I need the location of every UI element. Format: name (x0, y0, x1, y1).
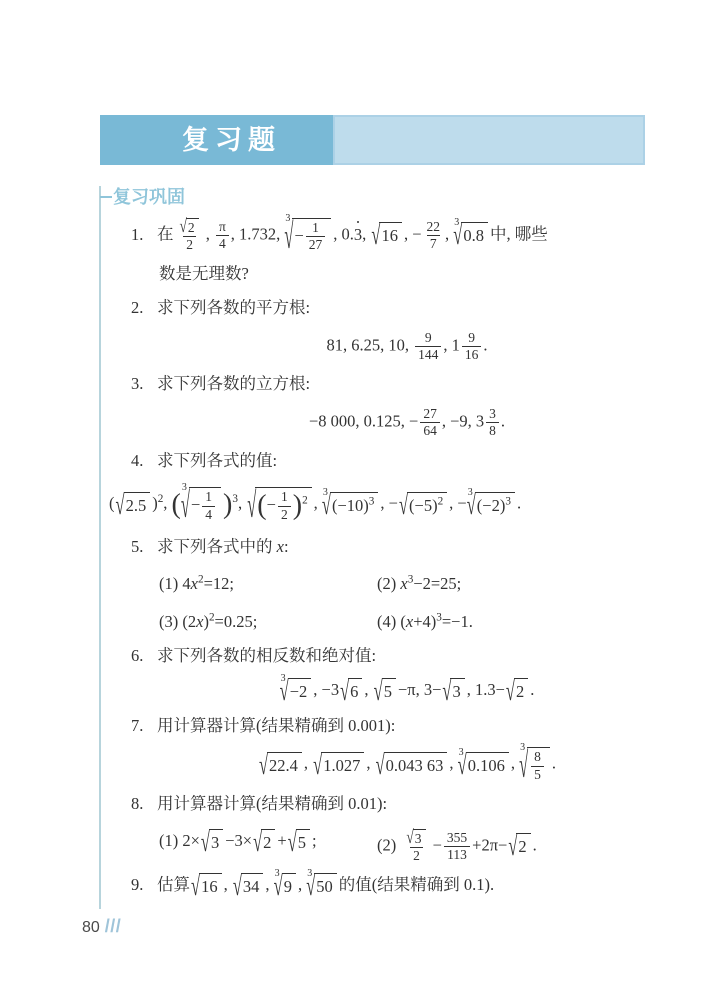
problem-number: 4. (131, 449, 157, 474)
math-num: 1 (278, 489, 291, 505)
problem-number: 5. (131, 535, 157, 560)
math-g: 50 (316, 877, 333, 896)
math-sqrt: √0.043 63 (376, 752, 448, 779)
math-den: 144 (415, 346, 441, 363)
math-g: 1 (312, 220, 319, 235)
problem-number: 2. (131, 296, 157, 321)
math-vin: 85 (527, 747, 550, 782)
math-num: π (216, 219, 229, 235)
problem-subitems: (1) 2×√3−3×√2+√5;(2) √32−355113+2π−√2. (159, 829, 647, 864)
problem-line: √22.4, √1.027, √0.043 63, 3√0.106, 3√85. (131, 747, 647, 782)
math-g: 3 (211, 833, 219, 852)
problem: 2.求下列各数的平方根:81, 6.25, 10, 9144, 1916. (131, 296, 647, 363)
math-g: 4 (219, 236, 226, 251)
section-title: 复习巩固 (113, 186, 185, 208)
math-g: 85 (529, 755, 546, 774)
problem-line: (√2.5)2, (3√−14)3, √(−12)2, 3√(−10)3, −√… (109, 487, 647, 522)
problem-line: 6.求下列各数的相反数和绝对值: (131, 644, 647, 669)
math-rad: √ (116, 492, 125, 519)
sub-item: (4) (x+4)3=−1. (377, 610, 647, 635)
math-g: 5 (534, 767, 541, 782)
math-g: 2 (518, 837, 526, 856)
math-it: x (277, 537, 284, 556)
math-idx: 3 (454, 218, 459, 228)
math-den: 27 (306, 236, 326, 253)
math-g: (−2)3 (477, 496, 511, 515)
math-num: 1 (202, 489, 215, 505)
math-rad-g: √ (116, 492, 125, 518)
math-idx: 3 (285, 214, 290, 224)
math-rad-g: √ (253, 829, 262, 855)
math-g: 1 (205, 489, 212, 504)
math-vin: 2 (514, 678, 528, 705)
math-rad-g: √ (288, 829, 297, 855)
math-sqrt: 3√(−10)3 (323, 492, 378, 519)
math-g: 0.106 (468, 756, 505, 775)
problem-line: 9.估算√16, √34, 3√9, 3√50的值(结果精确到 0.1). (131, 873, 647, 900)
math-idx: 3 (459, 748, 464, 758)
math-g: x (406, 612, 413, 631)
problem-line: 7.用计算器计算(结果精确到 0.001): (131, 714, 647, 739)
math-sqrt: 3√50 (307, 873, 337, 900)
math-rad-g: √ (259, 752, 268, 778)
math-g: √3 (405, 829, 427, 844)
math-rad-g: √ (181, 489, 190, 523)
math-rad-g: √ (340, 678, 349, 704)
math-vin: 2 (516, 833, 530, 860)
math-den: 16 (462, 346, 482, 363)
math-frac: 12 (278, 489, 291, 522)
math-frac: 2764 (420, 406, 440, 439)
math-g: 3 (452, 682, 460, 701)
problem-line: 1.在√22, π4, 1.732, 3√−127, 0.3, √16, −22… (131, 218, 647, 253)
math-g: 0.8 (463, 226, 484, 245)
math-frac: √32 (402, 829, 430, 864)
math-rad-g: √ (371, 223, 380, 249)
math-rad: √ (406, 829, 413, 847)
math-rad: √ (288, 829, 297, 856)
math-idx: 3 (307, 869, 312, 879)
math-g: 2 (186, 237, 193, 252)
math-g: 3 (489, 406, 496, 421)
math-rad: √ (371, 222, 380, 249)
math-vin: 6 (348, 678, 362, 705)
math-g: 2 (188, 220, 195, 235)
problem-list: 1.在√22, π4, 1.732, 3√−127, 0.3, √16, −22… (106, 218, 647, 900)
review-section: 复习巩固 1.在√22, π4, 1.732, 3√−127, 0.3, √16… (99, 186, 647, 909)
math-rad-g: √ (313, 752, 322, 778)
math-num: 8 (531, 749, 544, 765)
math-vin: 50 (314, 873, 337, 900)
math-frac: 85 (531, 749, 544, 782)
math-rad-g: √ (376, 752, 385, 778)
math-vin: 16 (199, 873, 222, 900)
math-sup: 3 (436, 612, 442, 624)
math-vin: 9 (282, 873, 296, 900)
math-g: 1.027 (323, 756, 360, 775)
math-vin: −127 (292, 218, 331, 253)
textbook-page: 复习题 复习巩固 1.在√22, π4, 1.732, 3√−127, 0.3,… (0, 0, 702, 988)
problem-line: 3√−2, −3√6, √5−π, 3−√3, 1.3−√2. (131, 678, 647, 705)
math-rad: √ (191, 873, 200, 900)
banner-light-segment (333, 115, 645, 165)
math-sup: 3 (369, 495, 375, 507)
math-den: 2 (278, 506, 291, 523)
math-g: (−12)2 (257, 495, 307, 514)
math-den: 113 (444, 846, 470, 863)
math-idx: 3 (323, 488, 328, 498)
section-dash-icon (100, 196, 112, 198)
math-vin: 0.043 63 (384, 752, 448, 779)
problem-line: −8 000, 0.125, −2764, −9, 338. (131, 406, 647, 439)
math-num: √3 (402, 829, 430, 847)
section-header: 复习巩固 (106, 186, 647, 208)
problem-line: 8.用计算器计算(结果精确到 0.01): (131, 792, 647, 817)
math-g: 9 (425, 330, 432, 345)
math-g: 27 (423, 406, 437, 421)
math-sqrt: √5 (288, 829, 310, 856)
math-sqrt: √2.5 (116, 492, 151, 519)
math-sqrt: √3 (406, 829, 425, 847)
math-sup: 3 (232, 493, 238, 505)
math-rad: √ (399, 492, 408, 519)
math-g: 5 (384, 682, 392, 701)
problem-line: 4.求下列各式的值: (131, 449, 647, 474)
math-frac: √22 (176, 218, 204, 253)
math-sqrt: √2 (508, 833, 530, 860)
math-idx: 3 (182, 483, 187, 493)
math-sqrt: √(−5)2 (399, 492, 447, 519)
math-g: 16 (465, 347, 479, 362)
math-g: 3 (369, 495, 375, 507)
math-vin: 5 (296, 829, 310, 856)
math-g: 5 (298, 833, 306, 852)
math-sqrt: √22.4 (259, 752, 302, 779)
math-num: 27 (420, 406, 440, 422)
math-rad: √ (374, 678, 383, 705)
problem-number: 3. (131, 372, 157, 397)
math-rad: √ (201, 829, 210, 856)
math-frac: 916 (462, 330, 482, 363)
math-g: 2 (302, 494, 308, 506)
math-g: 2.5 (126, 496, 147, 515)
math-num: 9 (465, 330, 478, 346)
math-num: 9 (422, 330, 435, 346)
math-vin: 3 (413, 829, 426, 847)
math-g: 1 (281, 489, 288, 504)
math-vin: (−5)2 (407, 492, 447, 519)
math-vin: 3 (450, 678, 464, 705)
math-g: 113 (447, 847, 467, 862)
math-rad-g: √ (406, 829, 413, 847)
math-frac: 227 (424, 219, 444, 252)
math-g: −127 (294, 226, 327, 245)
problem: 7.用计算器计算(结果精确到 0.001):√22.4, √1.027, √0.… (131, 714, 647, 783)
problem-number: 9. (131, 873, 157, 898)
math-frac: 127 (306, 220, 326, 253)
math-g: 9 (468, 330, 475, 345)
math-g: π (219, 219, 226, 234)
math-den: 7 (427, 235, 440, 252)
math-vin: 1.027 (321, 752, 364, 779)
math-g: 3 (505, 495, 511, 507)
math-g: 16 (201, 877, 218, 896)
math-g: 2 (198, 573, 204, 585)
math-g: 2 (438, 495, 444, 507)
math-g: 34 (243, 877, 260, 896)
math-rad: √ (233, 873, 242, 900)
math-den: 4 (216, 235, 229, 252)
page-slashes-icon: /// (105, 916, 122, 937)
sub-item: (2) x3−2=25; (377, 572, 647, 597)
math-den: 2 (410, 847, 423, 864)
math-sup: 2 (158, 493, 164, 505)
math-den: 4 (202, 506, 215, 523)
math-rad-g: √ (191, 873, 200, 899)
math-g: x (196, 612, 203, 631)
math-g: x (400, 574, 407, 593)
math-rad: √ (259, 752, 268, 779)
math-dot: 3 (354, 223, 362, 248)
math-sup: 2 (302, 494, 308, 506)
problem: 3.求下列各数的立方根:−8 000, 0.125, −2764, −9, 33… (131, 372, 647, 439)
math-vin: 16 (379, 222, 402, 249)
math-sqrt: 3√85 (520, 747, 550, 782)
math-g: 27 (309, 237, 323, 252)
math-num: √2 (176, 218, 204, 236)
math-g: 3 (415, 831, 422, 846)
math-vin: (−10)3 (330, 492, 378, 519)
math-sqrt: 3√(−2)3 (468, 492, 515, 519)
math-idx: 3 (281, 674, 286, 684)
math-g: 4 (205, 507, 212, 522)
banner-title: 复习题 (182, 127, 281, 154)
problem-number: 7. (131, 714, 157, 739)
math-num: 1 (309, 220, 322, 236)
math-g: 2 (281, 507, 288, 522)
math-g: 2 (413, 848, 420, 863)
math-vin: 2 (261, 829, 275, 856)
math-rad: √ (180, 218, 187, 236)
math-vin: 0.8 (461, 222, 488, 249)
math-rad-g: √ (233, 873, 242, 899)
sub-item: (2) √32−355113+2π−√2. (377, 829, 647, 864)
math-g: 3 (232, 493, 238, 505)
page-number: 80 (82, 919, 100, 937)
math-g: 64 (423, 423, 437, 438)
problem: 6.求下列各数的相反数和绝对值:3√−2, −3√6, √5−π, 3−√3, … (131, 644, 647, 705)
math-g: 8 (489, 423, 496, 438)
math-rad-g: √ (506, 678, 515, 704)
math-vin: 34 (241, 873, 264, 900)
math-vin: (−2)3 (475, 492, 515, 519)
math-sqrt: √3 (442, 678, 464, 705)
math-vin: 2.5 (124, 492, 151, 519)
math-vin: 5 (382, 678, 396, 705)
math-sqrt: √2 (253, 829, 275, 856)
math-rad-g: √ (508, 833, 517, 859)
math-frac: 355113 (444, 830, 470, 863)
math-rad-g: √ (442, 678, 451, 704)
math-sqrt: √2 (180, 218, 199, 236)
math-vin: 0.106 (466, 752, 509, 779)
math-g: −2 (290, 682, 308, 701)
math-num: 3 (486, 406, 499, 422)
math-sup: 2 (438, 495, 444, 507)
math-frac: 38 (486, 406, 499, 439)
math-rad-g: √ (201, 829, 210, 855)
math-sqrt: √16 (371, 222, 402, 249)
problem: 5.求下列各式中的 x:(1) 4x2=12;(2) x3−2=25;(3) (… (131, 535, 647, 635)
banner-dark-segment: 复习题 (100, 115, 333, 165)
problem: 1.在√22, π4, 1.732, 3√−127, 0.3, √16, −22… (131, 218, 647, 287)
sub-item: (1) 4x2=12; (159, 572, 377, 597)
math-idx: 3 (468, 488, 473, 498)
math-rad: √ (442, 678, 451, 705)
math-sqrt: √2 (506, 678, 528, 705)
math-den: 8 (486, 422, 499, 439)
math-g: 355 (447, 830, 467, 845)
math-g: √2 (179, 218, 201, 233)
math-num: 355 (444, 830, 470, 846)
math-rad: √ (247, 487, 256, 522)
math-vin: 3 (209, 829, 223, 856)
math-g: 22.4 (269, 756, 298, 775)
math-rad-g: √ (284, 219, 293, 253)
math-frac: 14 (202, 489, 215, 522)
math-g: 16 (381, 226, 398, 245)
math-sqrt: 3√−127 (285, 218, 331, 253)
math-sqrt: √16 (191, 873, 222, 900)
math-sqrt: 3√9 (275, 873, 296, 900)
math-sqrt: √6 (340, 678, 362, 705)
problem-number: 8. (131, 792, 157, 817)
math-g: 3 (354, 225, 362, 244)
math-vin: (−12)2 (255, 487, 311, 522)
math-sqrt: √34 (233, 873, 264, 900)
math-vin: −14 (189, 487, 221, 522)
math-it: x (406, 612, 413, 631)
math-sqrt: √(−12)2 (247, 487, 311, 522)
math-frac: 9144 (415, 330, 441, 363)
math-den: 5 (531, 766, 544, 783)
math-sqrt: 3√−2 (281, 678, 312, 705)
math-sqrt: √1.027 (313, 752, 364, 779)
problem-number: 6. (131, 644, 157, 669)
math-g: 2 (209, 612, 215, 624)
problem-line: 5.求下列各式中的 x: (131, 535, 647, 560)
math-g: (−10)3 (332, 496, 374, 515)
math-it: x (400, 574, 407, 593)
problem: 4.求下列各式的值:(√2.5)2, (3√−14)3, √(−12)2, 3√… (131, 449, 647, 523)
math-rad: √ (313, 752, 322, 779)
math-sqrt: 3√0.8 (454, 222, 488, 249)
math-sup: 2 (209, 612, 215, 624)
math-sqrt: √3 (201, 829, 223, 856)
math-sup: 3 (408, 573, 414, 585)
math-g: (−5)2 (409, 496, 443, 515)
math-g: 7 (430, 236, 437, 251)
math-sqrt: √5 (374, 678, 396, 705)
math-rad-g: √ (247, 489, 256, 523)
sub-item: (1) 2×√3−3×√2+√5; (159, 829, 377, 864)
page-footer: 80 /// (82, 916, 121, 937)
math-g: 3 (436, 612, 442, 624)
math-vin: −2 (288, 678, 312, 705)
math-den: 64 (420, 422, 440, 439)
problem-number: 1. (131, 223, 157, 248)
math-rad-g: √ (374, 678, 383, 704)
math-vin: 22.4 (267, 752, 302, 779)
math-g: x (277, 537, 284, 556)
math-rad: √ (506, 678, 515, 705)
problem: 9.估算√16, √34, 3√9, 3√50的值(结果精确到 0.1). (131, 873, 647, 900)
math-g: 2 (516, 682, 524, 701)
sub-item: (3) (2x)2=0.25; (159, 610, 377, 635)
math-frac: π4 (216, 219, 229, 252)
math-idx: 3 (275, 869, 280, 879)
math-g: 8 (534, 749, 541, 764)
math-num: 22 (424, 219, 444, 235)
math-it: x (191, 574, 198, 593)
math-g: 3 (408, 573, 414, 585)
math-rad-g: √ (180, 218, 187, 236)
math-g: 6 (350, 682, 358, 701)
math-g: 22 (427, 219, 441, 234)
math-rad: √ (376, 752, 385, 779)
math-sqrt: 3√−14 (182, 487, 221, 522)
math-rad: √ (508, 833, 517, 860)
math-g: 2 (263, 833, 271, 852)
math-rad-g: √ (519, 749, 528, 783)
math-it: x (196, 612, 203, 631)
problem-line: 2.求下列各数的平方根: (131, 296, 647, 321)
chapter-banner: 复习题 (100, 115, 645, 165)
math-sqrt: 3√0.106 (459, 752, 509, 779)
math-sup: 2 (198, 573, 204, 585)
math-rad-g: √ (399, 492, 408, 518)
math-g: x (191, 574, 198, 593)
math-rad: √ (340, 678, 349, 705)
math-g: 2 (158, 493, 164, 505)
math-vin: 2 (186, 218, 199, 236)
problem: 8.用计算器计算(结果精确到 0.01):(1) 2×√3−3×√2+√5;(2… (131, 792, 647, 864)
math-g: 9 (284, 877, 292, 896)
math-sup: 3 (505, 495, 511, 507)
problem-subitems: (1) 4x2=12;(2) x3−2=25;(3) (2x)2=0.25;(4… (159, 572, 647, 636)
math-den: 2 (183, 236, 196, 253)
math-idx: 3 (520, 743, 525, 753)
problem-line: 3.求下列各数的立方根: (131, 372, 647, 397)
math-g: 0.043 63 (386, 756, 444, 775)
problem-line: 81, 6.25, 10, 9144, 1916. (131, 330, 647, 363)
math-rad: √ (253, 829, 262, 856)
math-g: −14 (191, 495, 217, 514)
math-g: 144 (418, 347, 438, 362)
problem-line: 数是无理数? (159, 262, 647, 287)
